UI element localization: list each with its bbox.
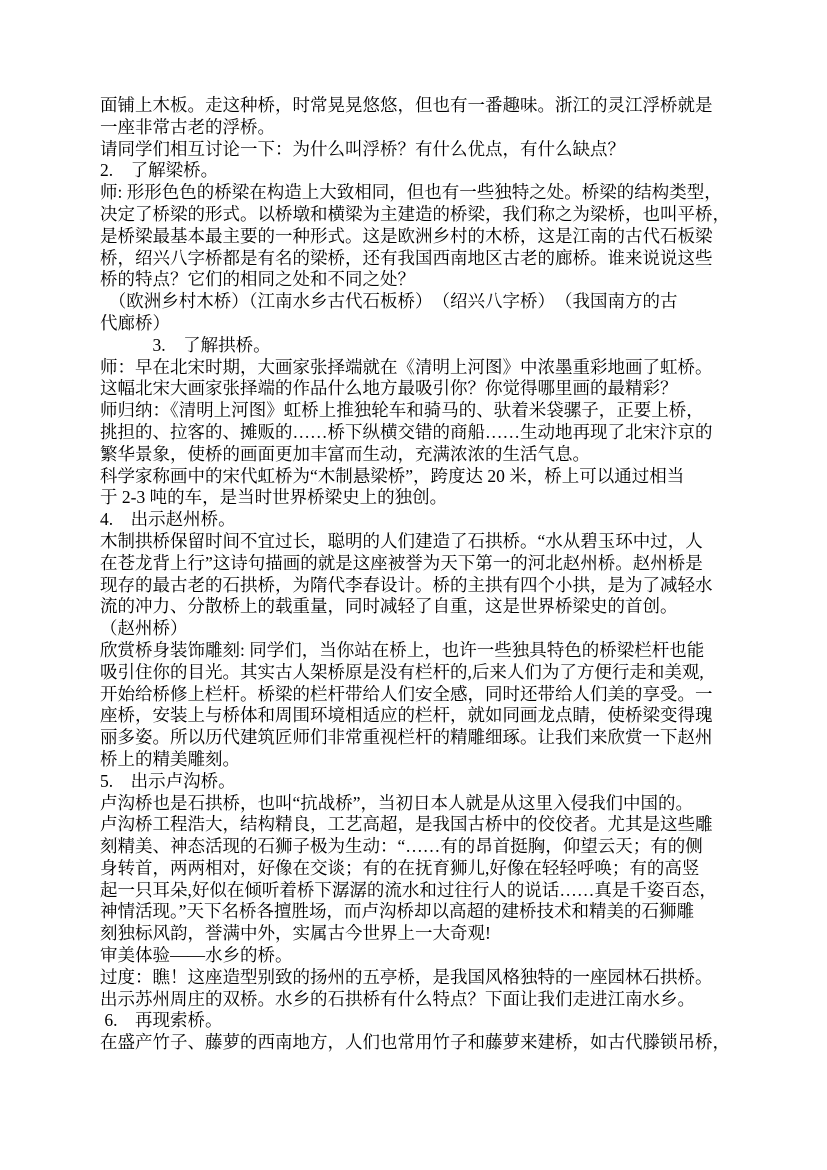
text-line: 出示苏州周庄的双桥。水乡的石拱桥有什么特点？下面让我们走进江南水乡。	[100, 989, 734, 1011]
text-line: 木制拱桥保留时间不宜过长，聪明的人们建造了石拱桥。“水从碧玉环中过，人	[100, 531, 734, 553]
text-line: 在苍龙背上行”这诗句描画的就是这座被誉为天下第一的河北赵州桥。赵州桥是	[100, 553, 734, 575]
text-line: （赵州桥）	[100, 618, 734, 640]
text-line: 刻精美、神态活现的石狮子极为生动：“……有的昂首挺胸，仰望云天；有的侧	[100, 836, 734, 858]
text-line: 开始给桥修上栏杆。桥梁的栏杆带给人们安全感，同时还带给人们美的享受。一	[100, 684, 734, 706]
text-line: 神情活现。”天下名桥各擅胜场，而卢沟桥却以高超的建桥技术和精美的石狮雕	[100, 901, 734, 923]
text-line: 繁华景象，使桥的画面更加丰富而生动，充满浓浓的生活气息。	[100, 444, 734, 466]
text-block: 面铺上木板。走这种桥，时常晃晃悠悠，但也有一番趣味。浙江的灵江浮桥就是一座非常古…	[100, 95, 734, 1054]
text-line: （欧洲乡村木桥）（江南水乡古代石板桥） （绍兴八字桥） （我国南方的古	[100, 291, 734, 313]
text-line: 起一只耳朵,好似在倾听着桥下潺潺的流水和过往行人的说话……真是千姿百态，	[100, 880, 734, 902]
text-line: 丽多姿。所以历代建筑匠师们非常重视栏杆的精雕细琢。让我们来欣赏一下赵州	[100, 727, 734, 749]
text-line: 在盛产竹子、藤萝的西南地方，人们也常用竹子和藤萝来建桥，如古代滕锁吊桥，	[100, 1032, 734, 1054]
text-line: 请同学们相互讨论一下：为什么叫浮桥？有什么优点，有什么缺点？	[100, 139, 734, 161]
text-line: 是桥梁最基本最主要的一种形式。这是欧洲乡村的木桥，这是江南的古代石板梁	[100, 226, 734, 248]
text-line: 欣赏桥身装饰雕刻: 同学们，当你站在桥上，也许一些独具特色的桥梁栏杆也能	[100, 640, 734, 662]
text-line: 座桥，安装上与桥体和周围环境相适应的栏杆，就如同画龙点睛，使桥梁变得瑰	[100, 705, 734, 727]
text-line: 面铺上木板。走这种桥，时常晃晃悠悠，但也有一番趣味。浙江的灵江浮桥就是	[100, 95, 734, 117]
text-line: 6. 再现索桥。	[100, 1010, 734, 1032]
text-line: 挑担的、拉客的、摊贩的……桥下纵横交错的商船……生动地再现了北宋汴京的	[100, 422, 734, 444]
text-line: 2. 了解梁桥。	[100, 160, 734, 182]
text-line: 桥的特点？它们的相同之处和不同之处？	[100, 269, 734, 291]
text-line: 这幅北宋大画家张择端的作品什么地方最吸引你？你觉得哪里画的最精彩？	[100, 378, 734, 400]
text-line: 师: 形形色色的桥梁在构造上大致相同，但也有一些独特之处。桥梁的结构类型，	[100, 182, 734, 204]
text-line: 3. 了解拱桥。	[100, 335, 734, 357]
text-line: 卢沟桥也是石拱桥，也叫“抗战桥”，当初日本人就是从这里入侵我们中国的。	[100, 793, 734, 815]
text-line: 4. 出示赵州桥。	[100, 509, 734, 531]
text-line: 过度：瞧！这座造型别致的扬州的五亭桥，是我国风格独特的一座园林石拱桥。	[100, 967, 734, 989]
text-line: 桥上的精美雕刻。	[100, 749, 734, 771]
text-line: 卢沟桥工程浩大，结构精良，工艺高超，是我国古桥中的佼佼者。尤其是这些雕	[100, 814, 734, 836]
text-line: 吸引住你的目光。其实古人架桥原是没有栏杆的,后来人们为了方便行走和美观,	[100, 662, 734, 684]
text-line: 决定了桥梁的形式。以桥墩和横梁为主建造的桥梁，我们称之为梁桥，也叫平桥，	[100, 204, 734, 226]
text-line: 流的冲力、分散桥上的载重量，同时减轻了自重，这是世界桥梁史的首创。	[100, 596, 734, 618]
text-line: 5. 出示卢沟桥。	[100, 771, 734, 793]
text-line: 代廊桥）	[100, 313, 734, 335]
text-line: 师：早在北宋时期，大画家张择端就在《清明上河图》中浓墨重彩地画了虹桥。	[100, 357, 734, 379]
text-line: 桥，绍兴八字桥都是有名的梁桥，还有我国西南地区古老的廊桥。谁来说说这些	[100, 248, 734, 270]
document-page: 面铺上木板。走这种桥，时常晃晃悠悠，但也有一番趣味。浙江的灵江浮桥就是一座非常古…	[0, 0, 827, 1170]
text-line: 审美体验――水乡的桥。	[100, 945, 734, 967]
text-line: 于 2-3 吨的车，是当时世界桥梁史上的独创。	[100, 487, 734, 509]
text-line: 一座非常古老的浮桥。	[100, 117, 734, 139]
text-line: 刻独标风韵，誉满中外，实属古今世界上一大奇观!	[100, 923, 734, 945]
text-line: 科学家称画中的宋代虹桥为“木制悬梁桥”，跨度达 20 米，桥上可以通过相当	[100, 466, 734, 488]
text-line: 身转首，两两相对，好像在交谈；有的在抚育狮儿,好像在轻轻呼唤；有的高竖	[100, 858, 734, 880]
text-line: 现存的最古老的石拱桥，为隋代李春设计。桥的主拱有四个小拱，是为了减轻水	[100, 575, 734, 597]
text-line: 师归纳：《清明上河图》虹桥上推独轮车和骑马的、驮着米袋骡子，正要上桥，	[100, 400, 734, 422]
